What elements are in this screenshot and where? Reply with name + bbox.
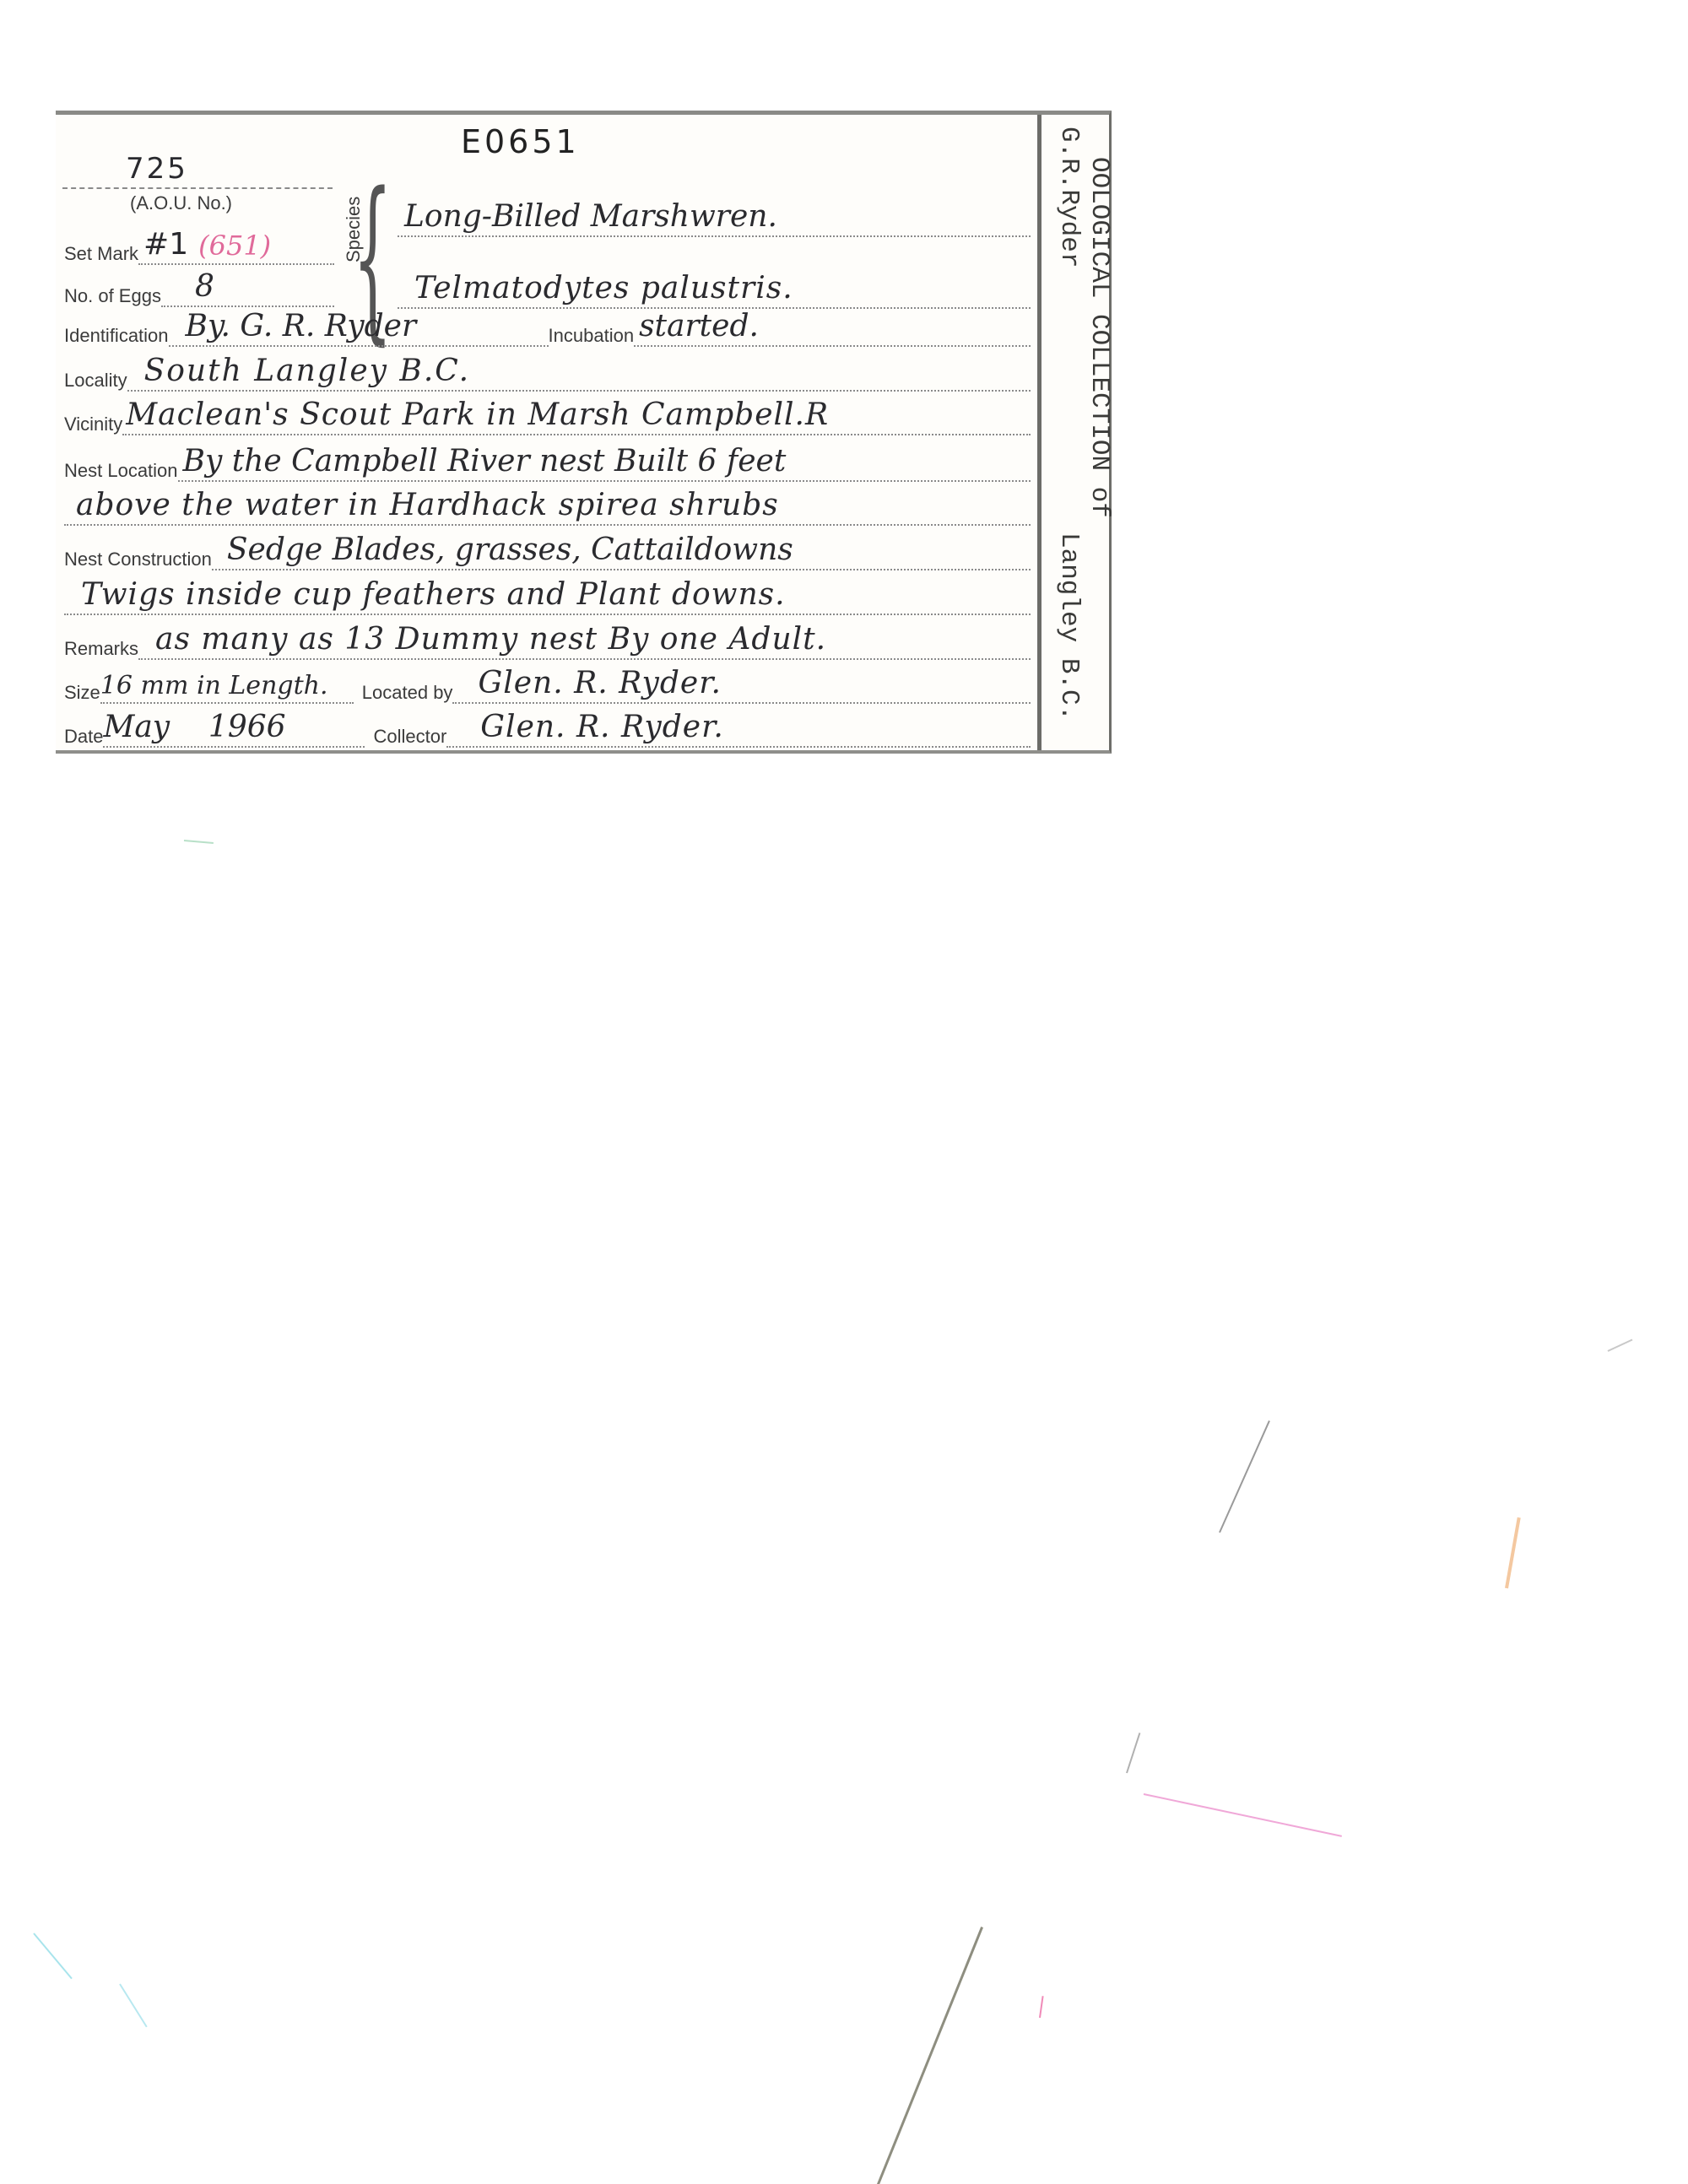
identification-row: Identification By. G. R. Ryder Incubatio… <box>64 305 1031 347</box>
identification-label: Identification <box>64 325 169 347</box>
size-row: Size 16 mm in Length. Located by Glen. R… <box>64 662 1031 704</box>
size-value: 16 mm in Length. <box>100 671 328 700</box>
nest-construction-value-line2: Twigs inside cup feathers and Plant down… <box>81 577 786 612</box>
size-field: 16 mm in Length. <box>100 671 354 704</box>
species-scientific-field: Telmatodytes palustris. <box>398 271 1031 309</box>
set-mark-field: #1 (651) <box>138 227 334 265</box>
incubation-field: started. <box>634 309 1031 347</box>
date-value: May 1966 <box>103 710 285 744</box>
collection-title: OOLOGICAL COLLECTION of <box>1085 157 1114 518</box>
collector-field: Glen. R. Ryder. <box>446 710 1031 748</box>
species-common-row: Long-Billed Marshwren. <box>398 187 1031 237</box>
identification-value: By. G. R. Ryder <box>186 309 417 343</box>
collector-label: Collector <box>373 726 446 748</box>
species-scientific-value: Telmatodytes palustris. <box>414 271 793 305</box>
vicinity-label: Vicinity <box>64 414 122 435</box>
vicinity-value: Maclean's Scout Park in Marsh Campbell.R <box>126 397 829 432</box>
species-common-value: Long-Billed Marshwren. <box>404 199 777 234</box>
locality-field: South Langley B.C. <box>127 354 1031 392</box>
set-mark-label: Set Mark <box>64 243 138 265</box>
eggs-field: 8 <box>161 269 334 307</box>
vicinity-row: Vicinity Maclean's Scout Park in Marsh C… <box>64 393 1031 435</box>
scan-mark <box>33 1933 73 1979</box>
aou-number-field: 725 <box>62 149 333 189</box>
species-common-field: Long-Billed Marshwren. <box>398 199 1031 237</box>
nest-location-value-line1: By the Campbell River nest Built 6 feet <box>183 444 787 478</box>
scan-mark <box>1039 1996 1044 2018</box>
egg-data-card: E0651 725 (A.O.U. No.) Set Mark #1 (651)… <box>56 111 1112 754</box>
nest-location-field: By the Campbell River nest Built 6 feet <box>178 444 1031 482</box>
species-scientific-row: Telmatodytes palustris. <box>398 258 1031 309</box>
incubation-value: started. <box>639 309 759 343</box>
locality-value: South Langley B.C. <box>144 354 470 388</box>
collection-place: Langley B.C. <box>1054 532 1084 721</box>
incubation-label: Incubation <box>549 325 635 347</box>
located-by-field: Glen. R. Ryder. <box>452 666 1031 704</box>
nest-location-value-line2: above the water in Hardhack spirea shrub… <box>76 488 779 522</box>
nest-construction-label: Nest Construction <box>64 549 212 570</box>
vicinity-field: Maclean's Scout Park in Marsh Campbell.R <box>122 397 1031 435</box>
size-label: Size <box>64 682 100 704</box>
eggs-row: No. of Eggs 8 <box>64 265 334 307</box>
remarks-row: Remarks as many as 13 Dummy nest By one … <box>64 618 1031 660</box>
identification-field: By. G. R. Ryder <box>169 309 549 347</box>
collection-header-strip: OOLOGICAL COLLECTION of G.R.Ryder Langle… <box>1041 115 1109 750</box>
collection-owner: G.R.Ryder <box>1054 127 1084 268</box>
nest-location-label: Nest Location <box>64 460 178 482</box>
catalog-number: E0651 <box>461 123 580 160</box>
nest-construction-field-2: Twigs inside cup feathers and Plant down… <box>64 577 1031 615</box>
date-label: Date <box>64 726 103 748</box>
nest-location-row-2: above the water in Hardhack spirea shrub… <box>64 484 1031 526</box>
remarks-field: as many as 13 Dummy nest By one Adult. <box>138 622 1031 660</box>
collector-value: Glen. R. Ryder. <box>480 710 724 744</box>
located-by-value: Glen. R. Ryder. <box>478 666 722 700</box>
scan-mark <box>184 840 214 844</box>
nest-location-field-2: above the water in Hardhack spirea shrub… <box>64 488 1031 526</box>
aou-number-value: 725 <box>126 152 188 186</box>
locality-row: Locality South Langley B.C. <box>64 349 1031 392</box>
scan-mark <box>877 1927 983 2184</box>
nest-construction-field: Sedge Blades, grasses, Cattaildowns <box>212 532 1031 570</box>
locality-label: Locality <box>64 370 127 392</box>
eggs-value: 8 <box>195 269 214 304</box>
nest-construction-value-line1: Sedge Blades, grasses, Cattaildowns <box>227 532 793 567</box>
aou-number-label: (A.O.U. No.) <box>130 192 232 214</box>
date-row: Date May 1966 Collector Glen. R. Ryder. <box>64 705 1031 748</box>
nest-construction-row: Nest Construction Sedge Blades, grasses,… <box>64 528 1031 570</box>
date-field: May 1966 <box>103 710 365 748</box>
nest-construction-row-2: Twigs inside cup feathers and Plant down… <box>64 573 1031 615</box>
remarks-value: as many as 13 Dummy nest By one Adult. <box>155 622 826 657</box>
scan-mark <box>1126 1733 1140 1773</box>
scan-mark <box>119 1983 147 2027</box>
located-by-label: Located by <box>362 682 453 704</box>
scan-mark <box>1608 1339 1633 1352</box>
nest-location-row: Nest Location By the Campbell River nest… <box>64 440 1031 482</box>
set-mark-annotation: (651) <box>198 230 271 262</box>
set-mark-row: Set Mark #1 (651) <box>64 223 334 265</box>
scan-mark <box>1219 1420 1270 1533</box>
remarks-label: Remarks <box>64 638 138 660</box>
set-mark-value: #1 <box>143 227 188 262</box>
scan-mark <box>1505 1517 1521 1588</box>
scan-mark <box>1144 1793 1342 1837</box>
